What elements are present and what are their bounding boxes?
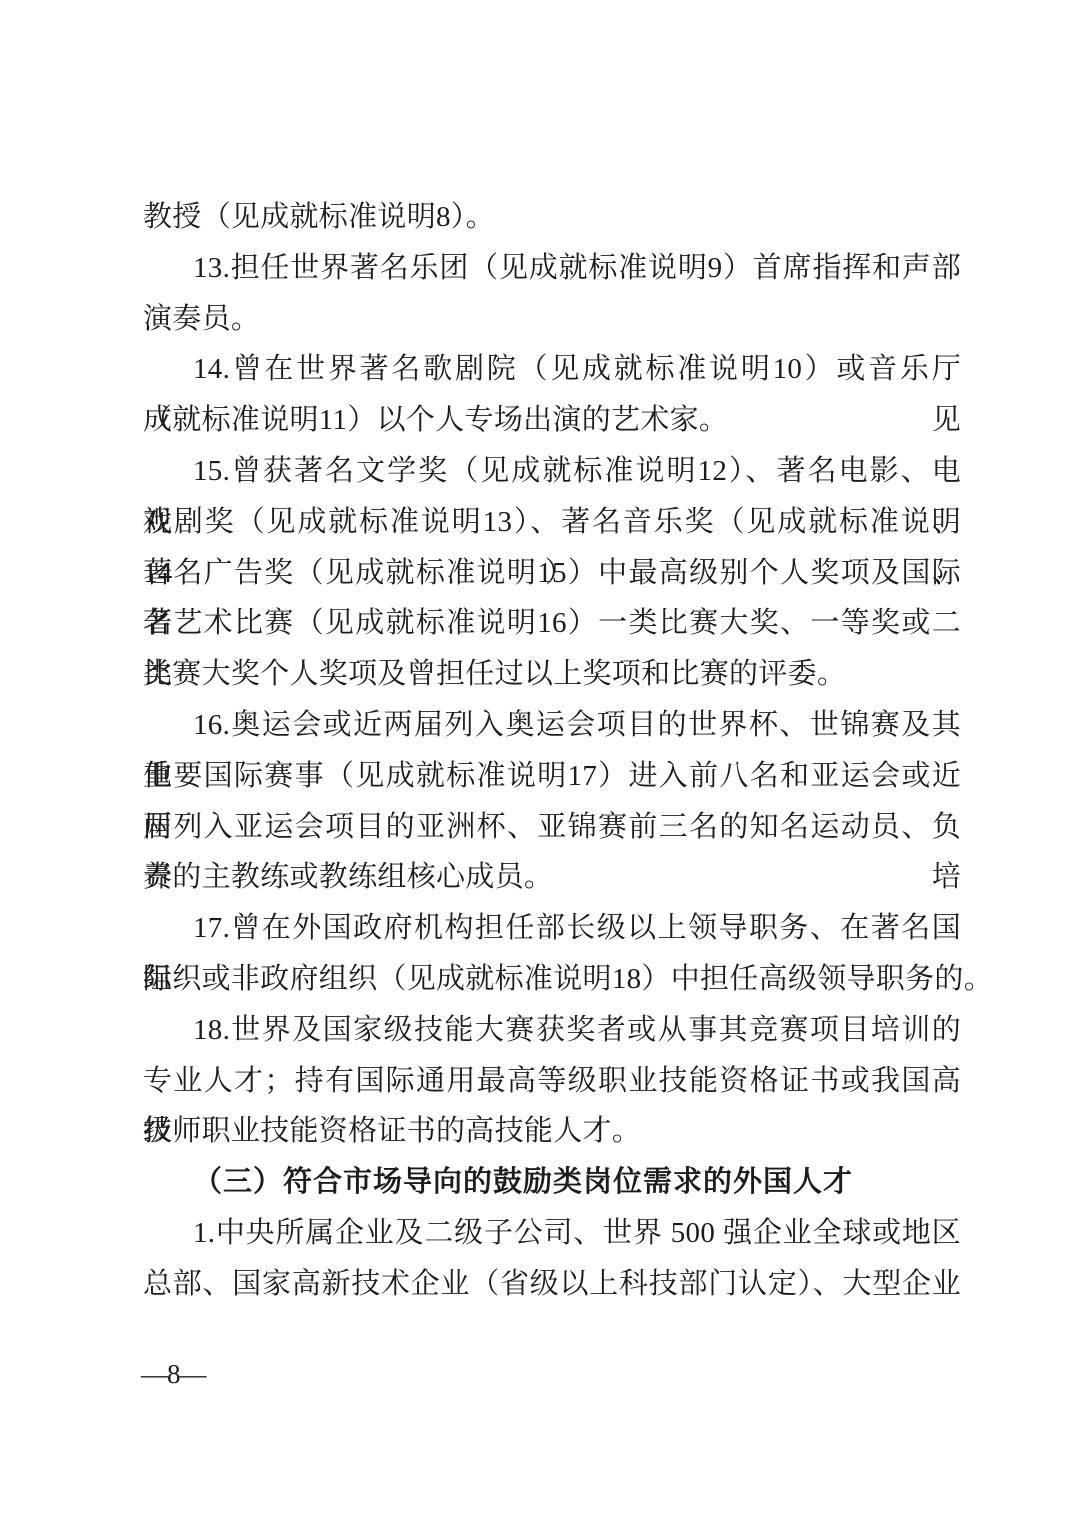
body-line: 17.曾在外国政府机构担任部长级以上领导职务、在著名国际: [143, 903, 961, 954]
body-line: 15.曾获著名文学奖（见成就标准说明12）、著名电影、电视、: [143, 446, 961, 497]
section-heading: （三）符合市场导向的鼓励类岗位需求的外国人才: [143, 1157, 961, 1208]
body-line: 届列入亚运会项目的亚洲杯、亚锦赛前三名的知名运动员、负责培: [143, 802, 961, 853]
body-line: 技师职业技能资格证书的高技能人才。: [143, 1106, 961, 1157]
body-line: 重要国际赛事（见成就标准说明17）进入前八名和亚运会或近两: [143, 751, 961, 802]
body-line: 教授（见成就标准说明8）。: [143, 192, 961, 243]
document-page: 教授（见成就标准说明8）。 13.担任世界著名乐团（见成就标准说明9）首席指挥和…: [0, 0, 1074, 1520]
body-line: 戏剧奖（见成就标准说明13）、著名音乐奖（见成就标准说明14）、: [143, 497, 961, 548]
body-text: 教授（见成就标准说明8）。 13.担任世界著名乐团（见成就标准说明9）首席指挥和…: [143, 192, 961, 1310]
body-line: 总部、国家高新技术企业（省级以上科技部门认定）、大型企业: [143, 1259, 961, 1310]
body-line: 名艺术比赛（见成就标准说明16）一类比赛大奖、一等奖或二类: [143, 598, 961, 649]
body-line: 13.担任世界著名乐团（见成就标准说明9）首席指挥和声部: [143, 243, 961, 294]
body-line: 专业人才；持有国际通用最高等级职业技能资格证书或我国高级: [143, 1056, 961, 1107]
body-line: 比赛大奖个人奖项及曾担任过以上奖项和比赛的评委。: [143, 649, 961, 700]
body-line: 组织或非政府组织（见成就标准说明18）中担任高级领导职务的。: [143, 954, 961, 1005]
body-line: 1.中央所属企业及二级子公司、世界 500 强企业全球或地区: [143, 1208, 961, 1259]
body-line: 18.世界及国家级技能大赛获奖者或从事其竞赛项目培训的: [143, 1005, 961, 1056]
body-line: 演奏员。: [143, 294, 961, 345]
page-number: —8—: [141, 1358, 206, 1390]
body-line: 16.奥运会或近两届列入奥运会项目的世界杯、世锦赛及其他: [143, 700, 961, 751]
body-line: 14.曾在世界著名歌剧院（见成就标准说明10）或音乐厅（见: [143, 344, 961, 395]
body-line: 著名广告奖（见成就标准说明15）中最高级别个人奖项及国际著: [143, 548, 961, 599]
